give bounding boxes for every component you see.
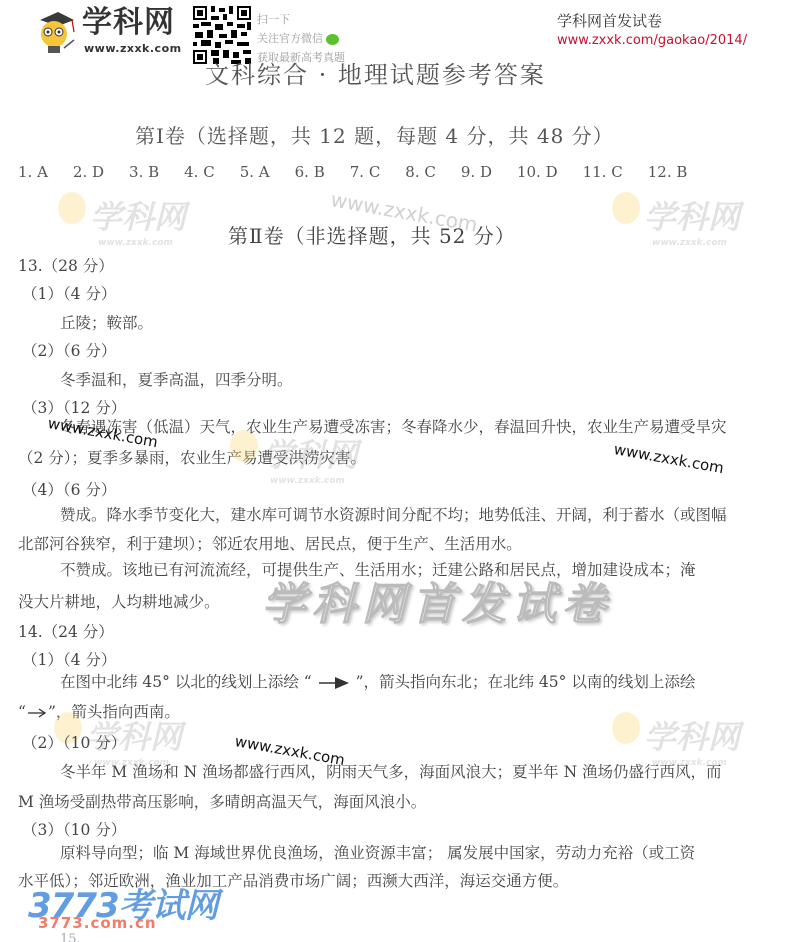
answer-item: 5. A [240, 163, 270, 181]
watermark-url: www.zxxk.com [98, 238, 186, 248]
q13-s4-answer: 赞成。降水季节变化大，建水库可调节水资源时间分配不均；地势低洼、开阔，利于蓄水（… [60, 505, 727, 525]
q13-s3-label: （3）（12 分） [22, 398, 126, 418]
watermark-url: www.zxxk.com [270, 476, 358, 486]
mascot-graduate-icon [36, 10, 76, 54]
watermark-mascot-icon [58, 192, 86, 224]
q15-label-cutoff: 15. [60, 932, 81, 942]
q14-s1-text: ”，箭头指向东北；在北纬 45° 以南的线划上添绘 [356, 673, 696, 691]
q13-s1-label: （1）（4 分） [22, 284, 116, 304]
arrow-right-open-icon [26, 707, 48, 719]
q13-s2-answer: 冬季温和，夏季高温，四季分明。 [60, 370, 293, 390]
qr-caption-line: 关注官方微信 [257, 29, 345, 48]
answer-item: 2. D [73, 163, 104, 181]
arrow-right-filled-icon [317, 676, 351, 690]
watermark-logo: 学科网 www.zxxk.com [612, 712, 740, 768]
answer-item: 8. C [405, 163, 436, 181]
watermark-url: www.zxxk.com [612, 440, 725, 477]
logo-brand: 学科网 [82, 6, 175, 40]
answer-item: 11. C [583, 163, 623, 181]
q13-s3-answer: 冬春遇冻害（低温）天气，农业生产易遭受冻害；冬春降水少，春温回升快，农业生产易遭… [60, 417, 727, 437]
watermark-3773-url: 3773.com.cn [38, 914, 157, 932]
q14-s1-text: 在图中北纬 45° 以北的线划上添绘 “ [60, 673, 312, 691]
q14-s2-answer: 冬半年 M 渔场和 N 渔场都盛行西风，阴雨天气多，海面风浪大；夏半年 N 渔场… [60, 762, 722, 782]
answer-item: 6. B [295, 163, 325, 181]
q14-s3-label: （3）（10 分） [22, 820, 126, 840]
q14-s1-answer: 在图中北纬 45° 以北的线划上添绘 “ ”，箭头指向东北；在北纬 45° 以南… [60, 672, 695, 692]
q14-s2-label: （2）（10 分） [22, 733, 126, 753]
watermark-brand: 学科网 [644, 718, 740, 756]
q13-s1-answer: 丘陵；鞍部。 [60, 313, 153, 333]
zxxk-logo[interactable]: 学科网 www.zxxk.com [30, 4, 180, 56]
answer-item: 12. B [648, 163, 688, 181]
watermark-logo: 学科网 www.zxxk.com [230, 430, 358, 486]
q14-s1-label: （1）（4 分） [22, 650, 116, 670]
watermark-url: www.zxxk.com [652, 238, 740, 248]
document-title: 文科综合 · 地理试题参考答案 [205, 55, 546, 90]
q13-s2-label: （2）（6 分） [22, 341, 116, 361]
answer-item: 9. D [461, 163, 492, 181]
q13-s4-answer: 北部河谷狭窄，利于建坝）；邻近农用地、居民点，便于生产、生活用水。 [18, 534, 522, 554]
qr-caption-line: 扫一下 [257, 10, 345, 29]
q14-s2-answer: M 渔场受副热带高压影响，多晴朗高温天气，海面风浪小。 [18, 792, 426, 812]
q14-s3-answer: 原料导向型；临 M 海域世界优良渔场，渔业资源丰富； 属发展中国家，劳动力充裕（… [60, 843, 695, 863]
answer-item: 3. B [129, 163, 159, 181]
q13-s4-label: （4）（6 分） [22, 480, 116, 500]
watermark-logo: 学科网 www.zxxk.com [58, 192, 186, 248]
q14-label: 14.（24 分） [18, 622, 114, 642]
watermark-brand: 学科网 [644, 198, 740, 236]
q13-label: 13.（28 分） [18, 256, 114, 276]
release-banner: 学科网首发试卷 www.zxxk.com/gaokao/2014/ [557, 10, 747, 48]
watermark-brand: 学科网 [90, 198, 186, 236]
watermark-first-release: 学科网首发试卷 [262, 568, 612, 632]
part1-heading: 第Ⅰ卷（选择题，共 12 题，每题 4 分，共 48 分） [135, 120, 614, 149]
answer-item: 7. C [350, 163, 381, 181]
multiple-choice-answers: 1. A 2. D 3. B 4. C 5. A 6. B 7. C 8. C … [18, 163, 788, 181]
watermark-mascot-icon [230, 430, 258, 462]
release-url-link[interactable]: www.zxxk.com/gaokao/2014/ [557, 33, 747, 48]
watermark-brand: 学科网 [262, 436, 358, 474]
watermark-mascot-icon [612, 712, 640, 744]
answer-item: 10. D [517, 163, 558, 181]
qr-caption-text: 关注官方微信 [257, 32, 323, 45]
answer-item: 4. C [184, 163, 215, 181]
logo-url: www.zxxk.com [84, 42, 182, 55]
release-label: 学科网首发试卷 [557, 10, 747, 31]
watermark-mascot-icon [612, 192, 640, 224]
q14-s1-text: “ [18, 703, 26, 721]
wechat-icon [326, 34, 339, 45]
answer-item: 1. A [18, 163, 48, 181]
q13-s4-answer: 没大片耕地，人均耕地减少。 [18, 592, 220, 612]
watermark-logo: 学科网 www.zxxk.com [612, 192, 740, 248]
